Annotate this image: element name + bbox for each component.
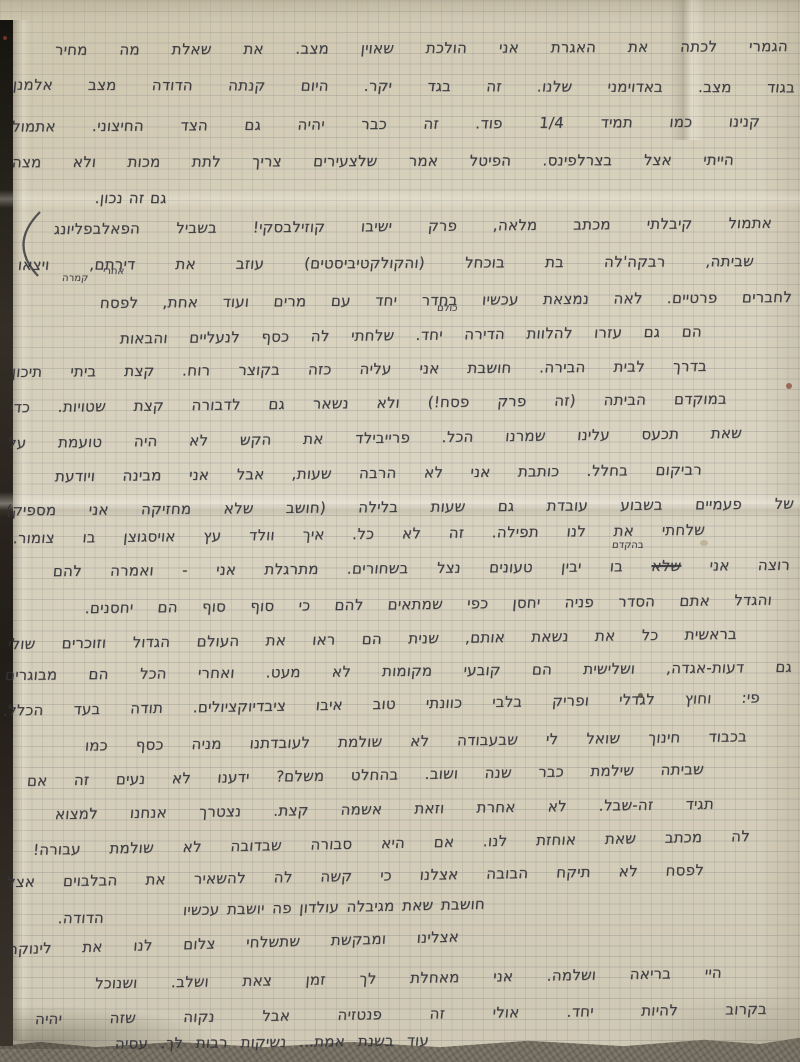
stain-spot [786,383,792,389]
photo-canvas: { "colors": { "paper": "#d6cfbb", "ink":… [0,0,800,1062]
handwriting-line: שביתה, רבקה'לה בת בוכחל (והקולקטיביסטים)… [17,249,755,277]
handwriting-line: גם זה נכון. [94,186,168,210]
handwriting-leftover-word: הדודה. [57,906,105,930]
handwriting-line: הייתי אצל בצרלפינס. הפיטל אמר שלצעירים צ… [11,148,735,175]
handwriting-segment: רוצה אני [709,556,791,575]
handwriting-segment: בו יבין טעונים נצל בשחורים. מתרגלת אני -… [52,557,624,580]
inserted-word: כולם [436,303,458,315]
inserted-word: קמרה [61,273,88,285]
handwriting-line: הגמרי לכתה את האגרת אני הולכת שאוין מצב.… [54,34,789,62]
handwriting-signature-line: עוד בשנת אמת... נשיקות רבות לך. עסיה [114,1028,430,1055]
inserted-word: בהקדם [611,540,644,552]
struck-word: שלא [651,557,683,575]
handwriting-line: בגוד מצב. באדוימני שלנו. זה בגד יקר. היו… [12,73,797,100]
edge-speck [3,36,7,40]
inserted-word: אחרי [102,266,124,278]
